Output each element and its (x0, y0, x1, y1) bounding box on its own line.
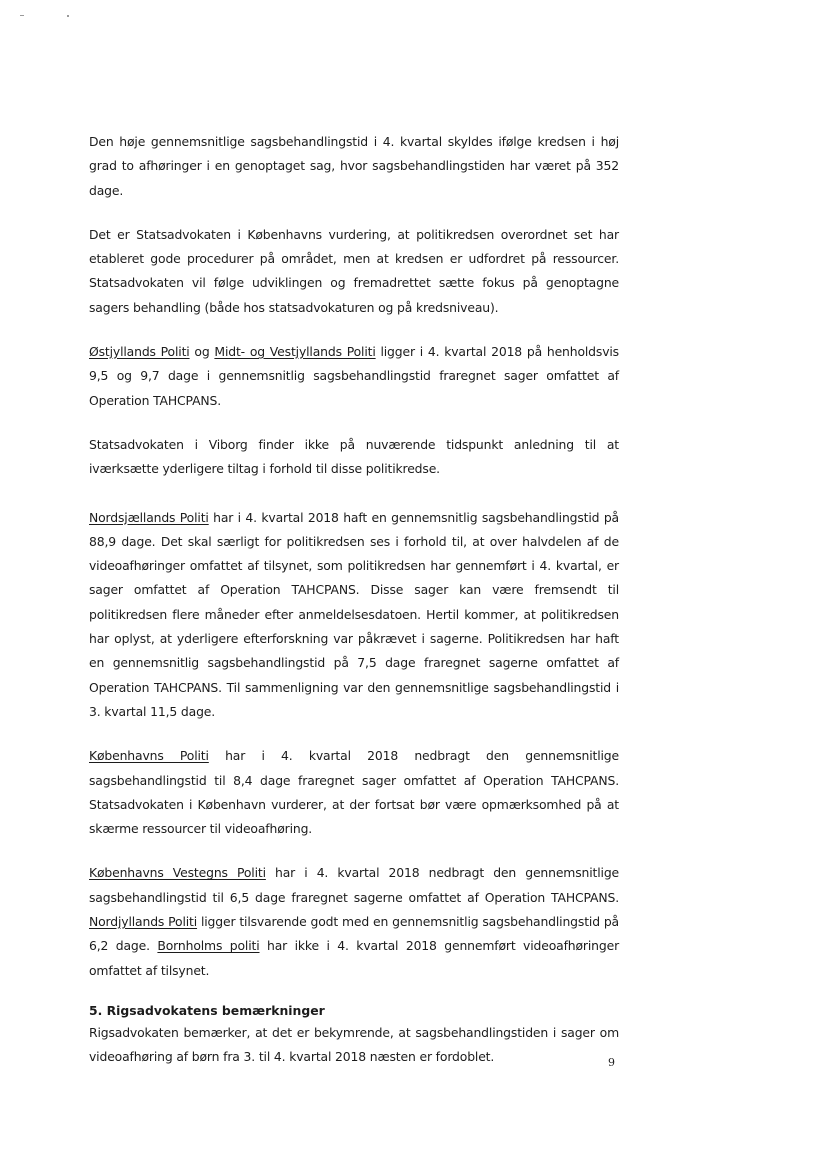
scan-speck (67, 15, 69, 17)
text-segment: Det er Statsadvokaten i Københavns vurde… (89, 227, 619, 315)
police-district-name: Midt- og Vestjyllands Politi (214, 344, 375, 359)
paragraph: Det er Statsadvokaten i Københavns vurde… (89, 223, 619, 320)
paragraph: Københavns Politi har i 4. kvartal 2018 … (89, 744, 619, 841)
paragraph: Nordsjællands Politi har i 4. kvartal 20… (89, 506, 619, 725)
section-heading: 5. Rigsadvokatens bemærkninger (89, 1001, 619, 1021)
paragraph: Den høje gennemsnitlige sagsbehandlingst… (89, 130, 619, 203)
text-segment: Statsadvokaten i Viborg finder ikke på n… (89, 437, 619, 476)
text-segment: Den høje gennemsnitlige sagsbehandlingst… (89, 134, 619, 198)
section-paragraph: Rigsadvokaten bemærker, at det er bekymr… (89, 1021, 619, 1070)
police-district-name: Nordjyllands Politi (89, 914, 197, 929)
police-district-name: Nordsjællands Politi (89, 510, 209, 525)
scan-speck (20, 15, 24, 16)
paragraph: Statsadvokaten i Viborg finder ikke på n… (89, 433, 619, 482)
text-segment: og (190, 344, 215, 359)
paragraph: Københavns Vestegns Politi har i 4. kvar… (89, 861, 619, 982)
police-district-name: Københavns Vestegns Politi (89, 865, 266, 880)
document-page: Den høje gennemsnitlige sagsbehandlingst… (89, 130, 619, 1070)
text-segment: har i 4. kvartal 2018 haft en gennemsnit… (89, 510, 619, 719)
police-district-name: Østjyllands Politi (89, 344, 190, 359)
police-district-name: Københavns Politi (89, 748, 209, 763)
police-district-name: Bornholms politi (157, 938, 259, 953)
page-number: 9 (608, 1056, 615, 1069)
paragraph: Østjyllands Politi og Midt- og Vestjylla… (89, 340, 619, 413)
